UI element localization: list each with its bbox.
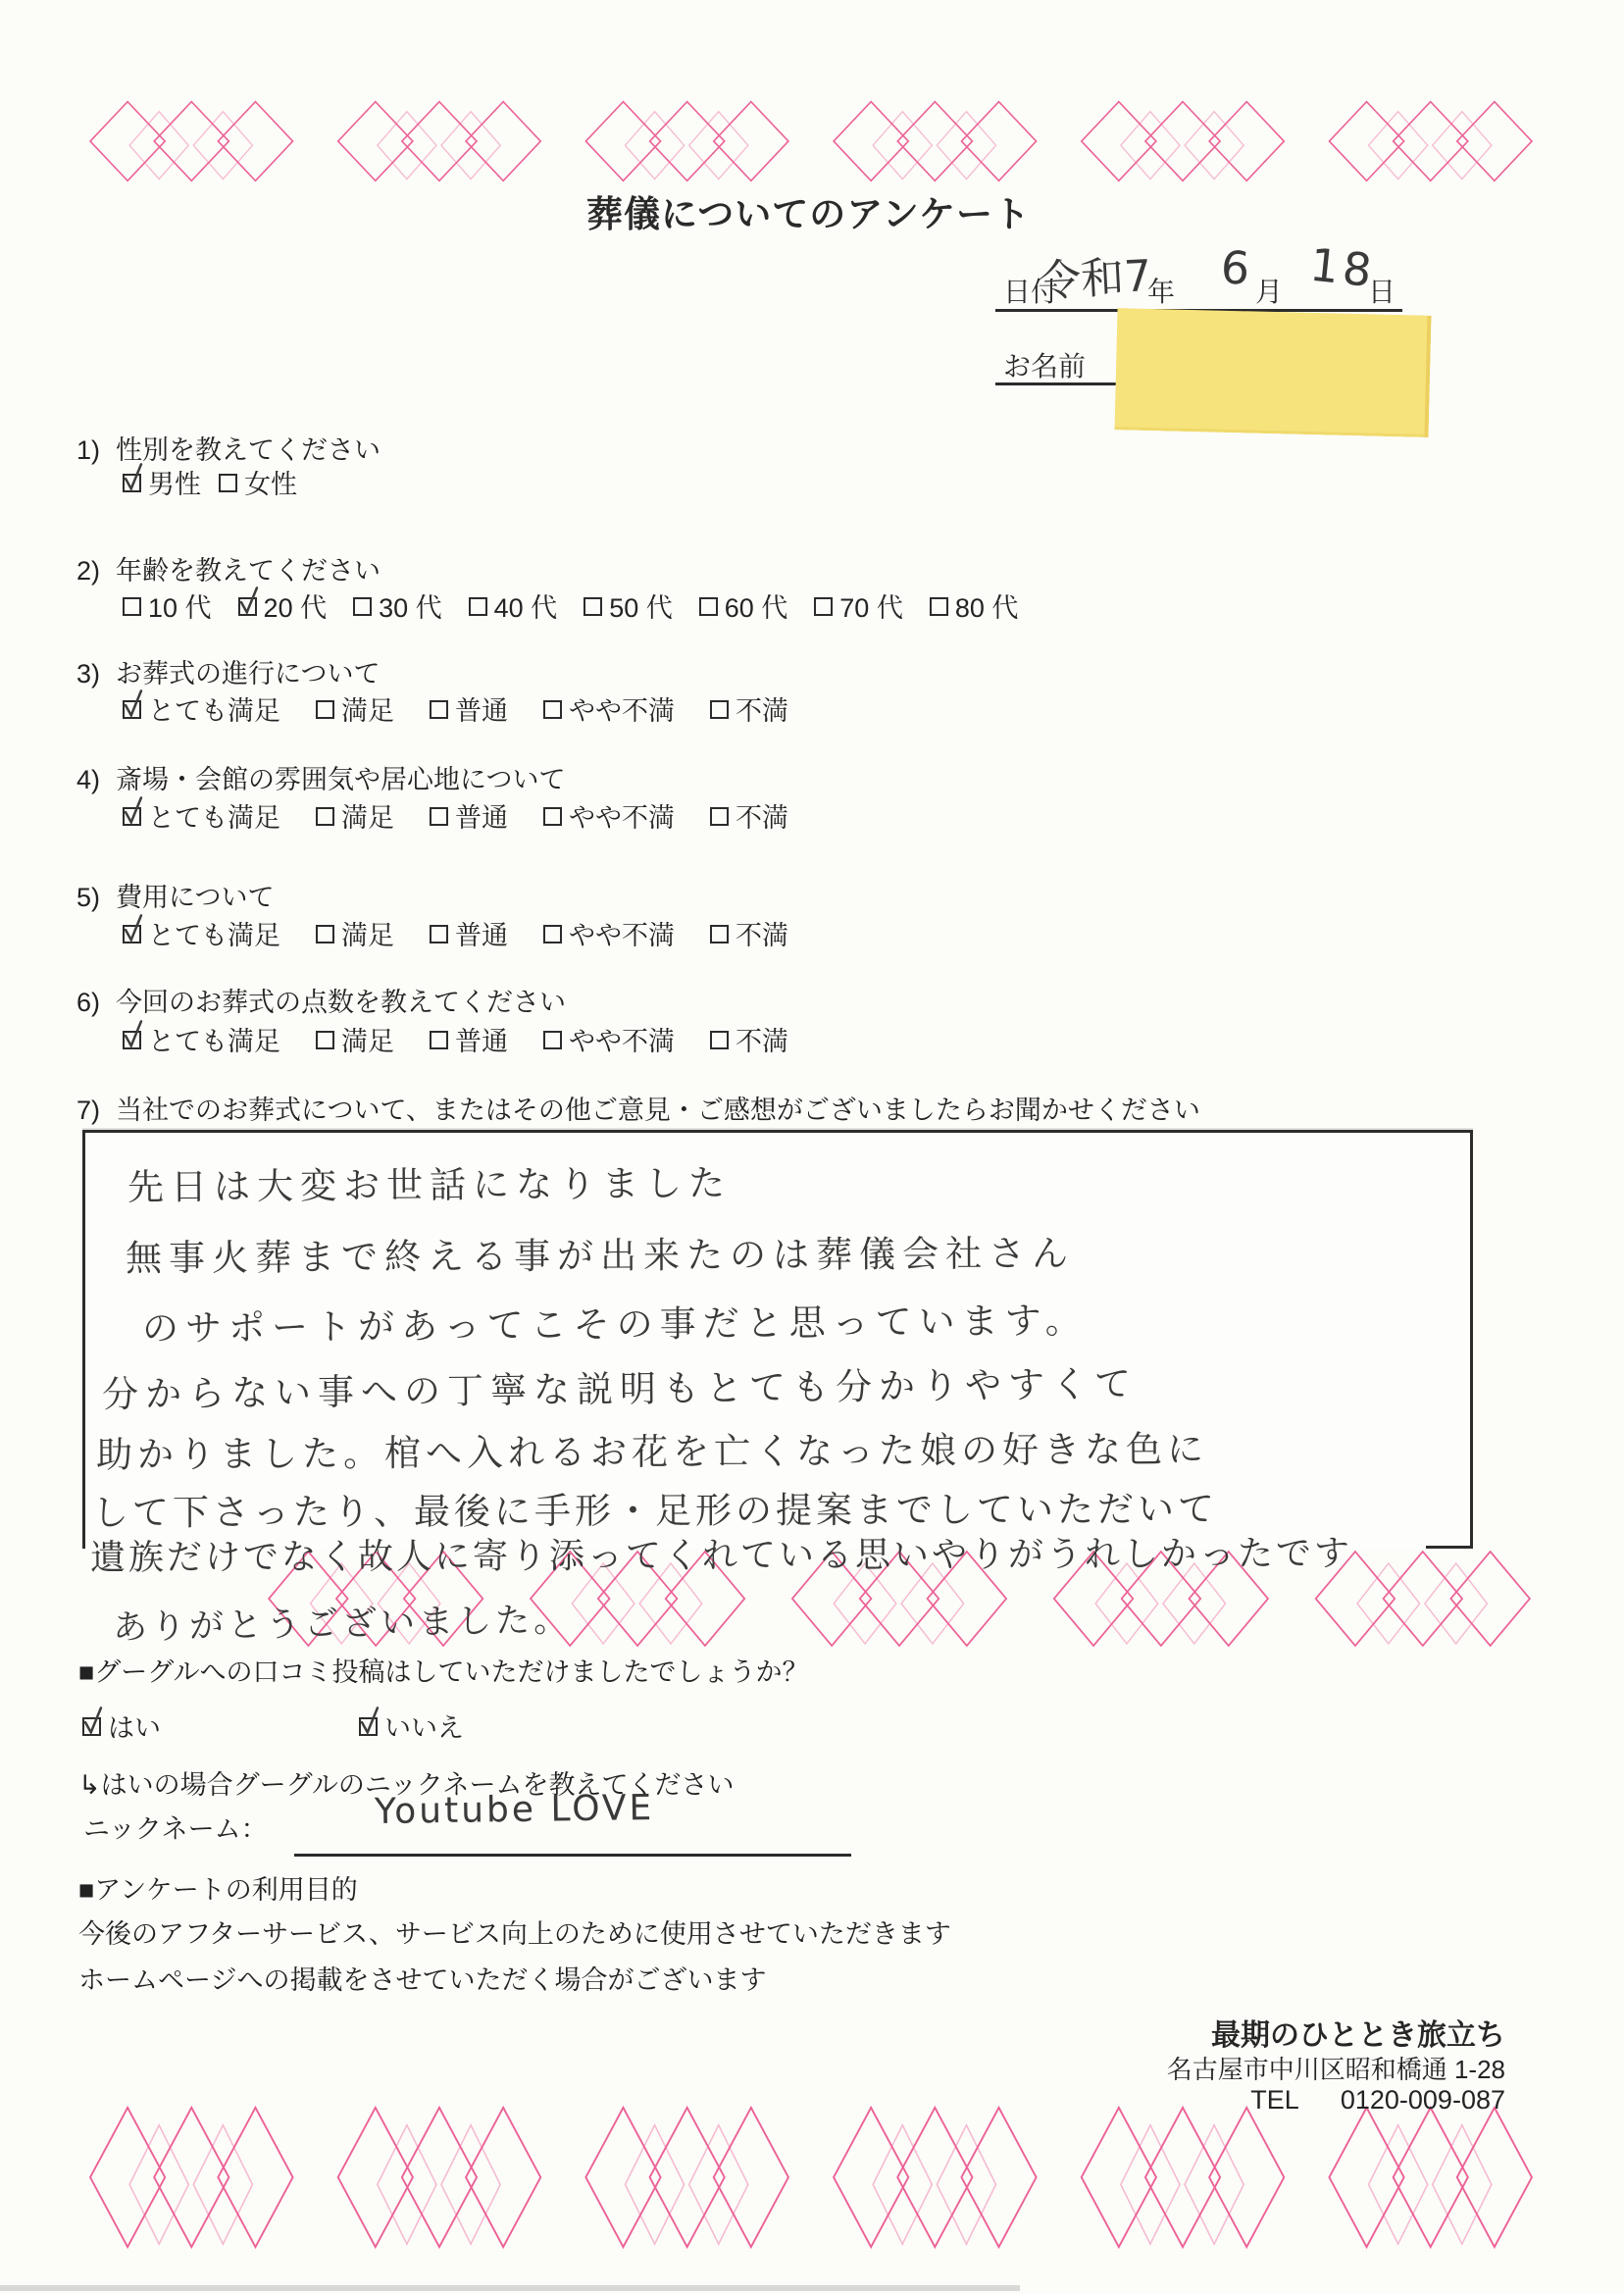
option-age-10s[interactable]: 10 代 [123, 586, 212, 625]
company-address: 名古屋市中川区昭和橋通 1-28 [1167, 2050, 1505, 2086]
google-review-question: ■グーグルへの口コミ投稿はしていただけましたでしょうか？ [78, 1651, 809, 1689]
date-month-handwritten: 6 [1219, 240, 1251, 295]
checkbox[interactable] [123, 807, 141, 826]
option-somewhat-dissatisfied[interactable]: やや不満 [543, 914, 675, 952]
bottom-diamond-border [88, 2105, 1534, 2250]
option-neutral[interactable]: 普通 [430, 689, 508, 728]
option-yes[interactable]: はい [82, 1707, 161, 1745]
checkbox[interactable] [123, 474, 141, 492]
option-age-20s[interactable]: 20 代 [238, 586, 328, 625]
checkbox[interactable] [123, 925, 141, 943]
option-female[interactable]: 女性 [219, 463, 297, 501]
option-age-70s[interactable]: 70 代 [814, 586, 903, 625]
option-very-satisfied[interactable]: とても満足 [123, 689, 280, 728]
checkbox[interactable] [316, 925, 334, 943]
nickname-label: ニックネーム： [83, 1808, 268, 1846]
option-very-satisfied[interactable]: とても満足 [123, 796, 280, 835]
name-redaction-sticky-note [1115, 308, 1432, 437]
nickname-handwritten-value: Youtube LOVE [375, 1788, 655, 1832]
checkbox[interactable] [316, 1031, 334, 1049]
checkbox[interactable] [543, 1031, 562, 1049]
question-5-options: とても満足 満足 普通 やや不満 不満 [123, 914, 788, 952]
option-age-30s[interactable]: 30 代 [353, 586, 442, 625]
option-satisfied[interactable]: 満足 [316, 689, 394, 728]
checkbox[interactable] [123, 597, 141, 616]
checkbox[interactable] [430, 925, 448, 943]
question-4-options: とても満足 満足 普通 やや不満 不満 [123, 796, 788, 835]
scan-edge-artifact [0, 2285, 1020, 2291]
date-day-handwritten: 18 [1307, 238, 1378, 298]
check-mark-icon [121, 1018, 146, 1051]
question-2: 2)年齢を教えてください [76, 549, 381, 587]
checkbox[interactable] [710, 1031, 729, 1049]
option-dissatisfied[interactable]: 不満 [710, 914, 788, 952]
question-4: 4)斎場・会館の雰囲気や居心地について [76, 758, 565, 796]
checkbox[interactable] [316, 807, 334, 826]
date-month-suffix: 月 [1255, 271, 1283, 310]
checkbox[interactable] [123, 700, 141, 719]
purpose-heading: ■アンケートの利用目的 [78, 1868, 358, 1907]
checkbox[interactable] [543, 925, 562, 943]
option-very-satisfied[interactable]: とても満足 [123, 1020, 280, 1058]
company-name: 最期のひととき旅立ち [1211, 2011, 1505, 2054]
checkbox[interactable] [316, 700, 334, 719]
checkbox[interactable] [353, 597, 372, 616]
option-male[interactable]: 男性 [123, 463, 201, 501]
tel-label: TEL [1250, 2085, 1298, 2115]
checkbox[interactable] [699, 597, 718, 616]
option-somewhat-dissatisfied[interactable]: やや不満 [543, 689, 675, 728]
name-label: お名前 [1003, 345, 1086, 384]
comment-box-corner [1426, 1546, 1473, 1549]
checkbox[interactable] [359, 1717, 378, 1736]
question-5: 5)費用について [76, 876, 274, 914]
question-6-options: とても満足 満足 普通 やや不満 不満 [123, 1020, 788, 1058]
question-7: 7)当社でのお葬式について、またはその他ご意見・ご感想がございましたらお聞かせく… [76, 1089, 1200, 1127]
check-mark-icon [121, 912, 146, 945]
survey-scan-page: 葬儀についてのアンケート 日付 令和7 年 6 月 18 日 お名前 1)性別を… [0, 0, 1624, 2294]
checkbox[interactable] [584, 597, 602, 616]
checkbox[interactable] [710, 807, 729, 826]
checkbox[interactable] [543, 700, 562, 719]
comment-line-7: 遺族だけでなく故人に寄り添ってくれている思いやりがうれしかったです [90, 1526, 1352, 1580]
option-dissatisfied[interactable]: 不満 [710, 796, 788, 835]
comment-thanks: ありがとうございました。 [113, 1593, 573, 1650]
option-age-80s[interactable]: 80 代 [930, 586, 1019, 625]
checkbox[interactable] [710, 700, 729, 719]
checkbox[interactable] [469, 597, 487, 616]
date-era-handwritten: 令和7 [1036, 240, 1152, 309]
question-6: 6)今回のお葬式の点数を教えてください [76, 981, 566, 1019]
page-title: 葬儀についてのアンケート [586, 184, 1031, 237]
purpose-line-2: ホームページへの掲載をさせていただく場合がございます [78, 1959, 766, 1997]
company-phone: TEL 0120-009-087 [1250, 2085, 1505, 2116]
option-satisfied[interactable]: 満足 [316, 914, 394, 952]
checkbox[interactable] [430, 807, 448, 826]
option-somewhat-dissatisfied[interactable]: やや不満 [543, 796, 675, 835]
comment-line-4: 分からない事への丁寧な説明もとても分かりやすくて [102, 1353, 1139, 1417]
option-very-satisfied[interactable]: とても満足 [123, 914, 280, 952]
check-mark-icon [357, 1705, 382, 1738]
comment-line-2: 無事火葬まで終える事が出来たのは葬儀会社さん [126, 1223, 1075, 1281]
purpose-line-1: 今後のアフターサービス、サービス向上のために使用させていただきます [78, 1912, 951, 1951]
checkbox[interactable] [219, 474, 237, 492]
option-no[interactable]: いいえ [359, 1707, 464, 1745]
option-satisfied[interactable]: 満足 [316, 796, 394, 835]
checkbox[interactable] [430, 700, 448, 719]
comment-line-1: 先日は大変お世話になりました [127, 1153, 732, 1210]
option-age-50s[interactable]: 50 代 [584, 586, 673, 625]
option-age-40s[interactable]: 40 代 [469, 586, 558, 625]
check-mark-icon [80, 1705, 106, 1738]
check-mark-icon [121, 794, 146, 828]
checkbox[interactable] [543, 807, 562, 826]
checkbox[interactable] [123, 1031, 141, 1049]
option-somewhat-dissatisfied[interactable]: やや不満 [543, 1020, 675, 1058]
question-3-options: とても満足 満足 普通 やや不満 不満 [123, 689, 788, 728]
option-dissatisfied[interactable]: 不満 [710, 1020, 788, 1058]
check-mark-icon [236, 585, 262, 618]
question-1-options: 男性 女性 [123, 463, 297, 501]
option-satisfied[interactable]: 満足 [316, 1020, 394, 1058]
check-mark-icon [121, 688, 146, 721]
comment-line-3: のサポートがあってこその事だと思っています。 [142, 1291, 1089, 1351]
option-neutral[interactable]: 普通 [430, 1020, 508, 1058]
checkbox[interactable] [814, 597, 833, 616]
top-diamond-border [88, 100, 1534, 182]
option-dissatisfied[interactable]: 不満 [710, 689, 788, 728]
question-2-options: 10 代 20 代 30 代 40 代 50 代 60 代 70 代 80 代 [123, 586, 1018, 625]
checkbox[interactable] [238, 597, 257, 616]
nickname-underline[interactable] [294, 1854, 851, 1857]
question-3: 3)お葬式の進行について [76, 652, 380, 690]
option-neutral[interactable]: 普通 [430, 914, 508, 952]
checkbox[interactable] [710, 925, 729, 943]
option-neutral[interactable]: 普通 [430, 796, 508, 835]
comment-line-5: 助かりました。棺へ入れるお花を亡くなった娘の好きな色に [96, 1419, 1208, 1478]
check-mark-icon [121, 461, 146, 494]
checkbox[interactable] [430, 1031, 448, 1049]
checkbox[interactable] [930, 597, 948, 616]
checkbox[interactable] [82, 1717, 101, 1736]
tel-number: 0120-009-087 [1341, 2085, 1505, 2115]
option-age-60s[interactable]: 60 代 [699, 586, 788, 625]
